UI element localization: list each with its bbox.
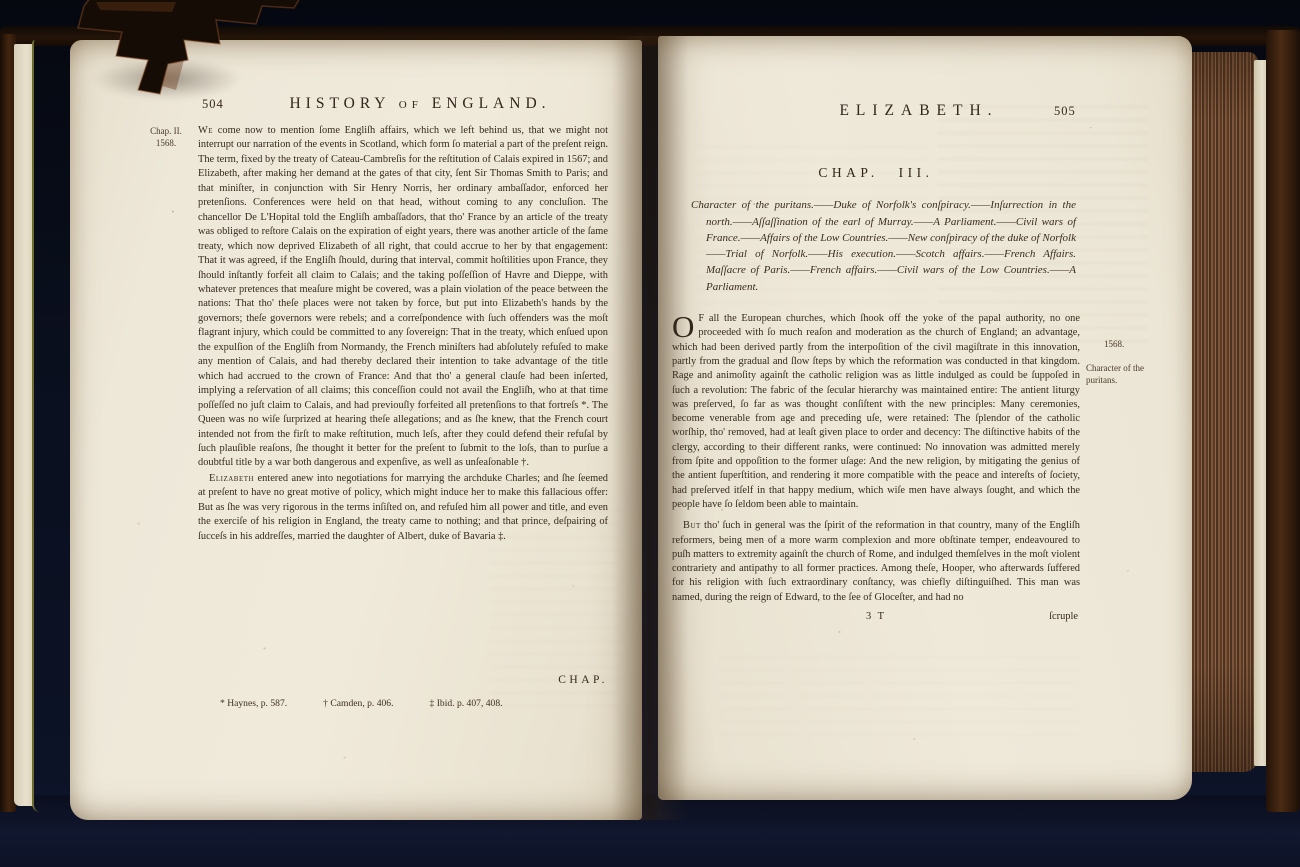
paragraph: Elizabeth entered anew into negotiations…: [198, 472, 608, 544]
page-stack-right-edge: [1190, 52, 1258, 772]
right-page: ELIZABETH. 505 1568. Character of the pu…: [658, 36, 1192, 800]
paragraph: But tho' ſuch in general was the ſpirit …: [672, 519, 1080, 605]
signature-mark: 3 T: [672, 610, 1080, 624]
margin-note-chapter: Chap. II.: [138, 126, 194, 138]
paragraph-text: come now to mention ſome Engliſh affairs…: [198, 125, 608, 468]
photo-of-open-book: 504 HISTORY of ENGLAND. Chap. II. 1568. …: [0, 0, 1300, 867]
signature-row: 3 T ſcruple: [672, 610, 1080, 624]
page-number-right: 505: [1054, 104, 1076, 119]
paragraph-text: tho' ſuch in general was the ſpirit of t…: [672, 520, 1080, 602]
margin-note-right: Character of the puritans.: [1086, 363, 1168, 386]
footnote: ‡ Ibid. p. 407, 408.: [430, 698, 503, 709]
catchword-right: ſcruple: [1049, 610, 1078, 624]
paragraph-lead-word: We: [198, 125, 213, 136]
paragraph-text: F all the European churches, which ſhook…: [672, 313, 1080, 510]
left-page: 504 HISTORY of ENGLAND. Chap. II. 1568. …: [70, 40, 642, 820]
paragraph: We come now to mention ſome Engliſh affa…: [198, 124, 608, 471]
clip-body: [78, 0, 300, 94]
right-page-body-text: CHAP. III. Character of the puritans.——D…: [672, 166, 1080, 624]
margin-note-year: 1568.: [138, 138, 194, 150]
footnotes: * Haynes, p. 587. † Camden, p. 406. ‡ Ib…: [220, 698, 620, 709]
chapter-argument: Character of the puritans.——Duke of Norf…: [672, 197, 1080, 295]
chapter-heading: CHAP. III.: [672, 166, 1080, 180]
bleedthrough-texture: [718, 656, 1078, 746]
endpaper-left: [14, 44, 34, 806]
footnote: * Haynes, p. 587.: [220, 698, 287, 709]
paragraph-lead-word: But: [683, 520, 701, 531]
running-title-right: ELIZABETH.: [754, 102, 1084, 120]
footnote: † Camden, p. 406.: [323, 698, 393, 709]
paragraph: OF all the European churches, which ſhoo…: [672, 312, 1080, 512]
margin-note-left: Chap. II. 1568.: [138, 126, 194, 149]
page-stack-left-edge: [32, 40, 74, 812]
page-holder-clip: [56, 0, 306, 108]
left-page-body-text: We come now to mention ſome Engliſh affa…: [198, 124, 608, 544]
margin-year-right: 1568.: [1104, 339, 1124, 351]
book-cover-right: [1266, 30, 1300, 812]
paragraph-lead-word: Elizabeth: [209, 473, 254, 484]
catchword-left: CHAP.: [198, 674, 608, 686]
drop-cap: O: [672, 312, 698, 339]
paragraph-text: entered anew into negotiations for marry…: [198, 473, 608, 542]
